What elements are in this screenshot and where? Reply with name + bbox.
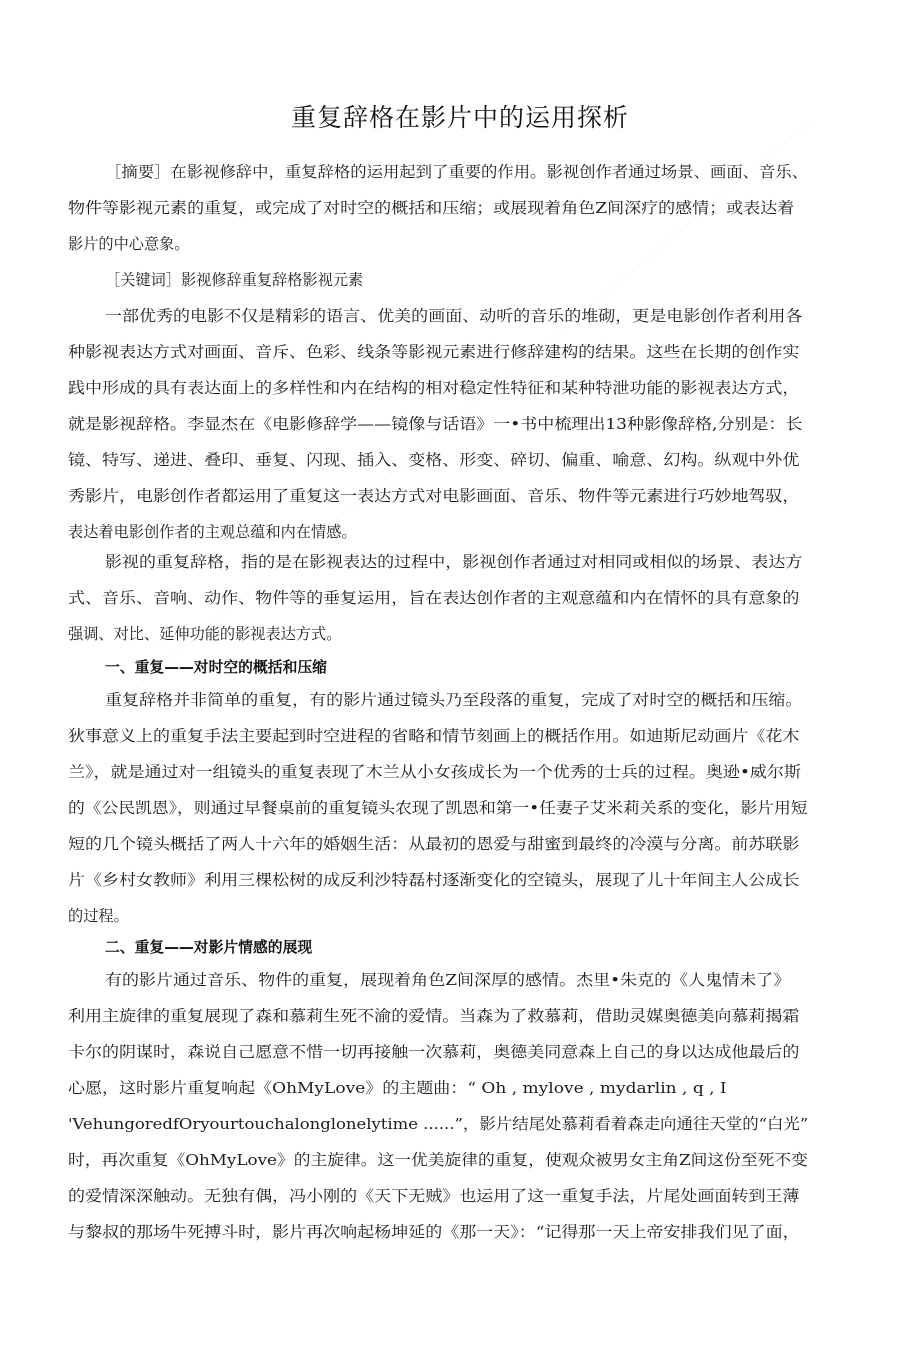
text-line: 时，再次重复《OhMyLove》的主旋律。这一优美旋律的重复，使观众被男女主角Z… <box>68 1150 808 1170</box>
document-page: 重复辞格在影片中的运用探析 ［摘要］在影视修辞中，重复辞格的运用起到了重要的作用… <box>0 0 920 1361</box>
text-line: 短的几个镜头概括了两人十六年的婚姻生活：从最初的恩爱与甜蜜到最终的冷漠与分离。前… <box>68 834 799 854</box>
text-line: 秀影片，电影创作者都运用了重复这一表达方式对电影画面、音乐、物件等元素进行巧妙地… <box>68 486 799 506</box>
text-line: 与黎叔的那场牛死搏斗时，影片再次响起杨坤延的《那一天》：“记得那一天上帝安排我们… <box>68 1222 800 1242</box>
text-line: 强调、对比、延伸功能的影视表达方式。 <box>68 624 341 644</box>
text-line: 镜、特写、递进、叠印、垂复、闪现、插入、变格、形变、碎切、偏重、喻意、幻构。纵观… <box>68 450 799 470</box>
text-line: 兰》，就是通过对一组镜头的重复表现了木兰从小女孩成长为一个优秀的士兵的过程。奥逊… <box>68 762 801 782</box>
text-line: 的过程。 <box>68 906 129 926</box>
text-line: 利用主旋律的重复展现了森和慕莉生死不渝的爱情。当森为了救慕莉，借助灵媒奥德美向慕… <box>68 1006 799 1026</box>
text-line: 表达着电影创作者的主观总蕴和内在情感。 <box>68 522 357 542</box>
text-line: 物件等影视元素的重复，或完成了对时空的概括和压缩；或展现着角色Z间深疗的感情；或… <box>68 198 794 218</box>
text-line: 种影视表达方式对画面、音斥、色彩、线条等影视元素进行修辞建构的结果。这些在长期的… <box>68 342 799 362</box>
text-line: 的爱情深深触动。无独有偶，冯小刚的《天下无贼》也运用了这一重复手法，片尾处画面转… <box>68 1186 799 1206</box>
text-line: 就是影视辞格。李显杰在《电影修辞学——镜像与话语》一•书中梳理出13种影像辞格,… <box>68 414 803 434</box>
text-line: 卡尔的阴谋时，森说自己愿意不惜一切再接触一次慕莉，奥德美同意森上自己的身以达成他… <box>68 1042 799 1062</box>
text-line: 'VehungoredfOryourtouchalonglonelytime .… <box>68 1114 808 1134</box>
text-line: 影视的重复辞格，指的是在影视表达的过程中，影视创作者通过对相同或相似的场景、表达… <box>105 552 802 572</box>
text-line: 践中形成的具有表达面上的多样性和内在结构的相对稳定性特征和某种特泄功能的影视表达… <box>68 378 799 398</box>
section-heading: 一、重复——对时空的概括和压缩 <box>105 658 327 678</box>
text-line: 一部优秀的电影不仅是精彩的语言、优美的画面、动听的音乐的堆砌，更是电影创作者利用… <box>105 306 802 326</box>
text-line: ［关键词］影视修辞重复辞格影视元素 <box>105 270 363 290</box>
text-line: ［摘要］在影视修辞中，重复辞格的运用起到了重要的作用。影视创作者通过场景、画面、… <box>105 162 808 182</box>
text-line: 式、音乐、音响、动作、物件等的垂复运用，旨在表达创作者的主观意蕴和内在情怀的具有… <box>68 588 799 608</box>
text-line: 重复辞格并非简单的重复，有的影片通过镜头乃至段落的重复，完成了对时空的概括和压缩… <box>105 690 802 710</box>
text-line: 有的影片通过音乐、物件的重复，展现着角色Z间深厚的感情。杰里•朱克的《人鬼情未了… <box>105 970 790 990</box>
text-line: 狄事意义上的重复手法主要起到时空进程的省略和情节刻画上的概括作用。如迪斯尼动画片… <box>68 726 799 746</box>
text-line: 的《公民凯恩》，则通过早餐桌前的重复镜头农现了凯恩和第一•任妻子艾米莉关系的变化… <box>68 798 808 818</box>
text-line: 片《乡村女教师》利用三棵松树的成反利沙特磊村逐渐变化的空镜头，展现了儿十年间主人… <box>68 870 799 890</box>
text-line: 心愿，这时影片重复响起《OhMyLove》的主题曲：“ Oh , mylove … <box>68 1078 727 1098</box>
document-title: 重复辞格在影片中的运用探析 <box>0 100 920 136</box>
section-heading: 二、重复——对影片情感的展现 <box>105 938 312 958</box>
text-line: 影片的中心意象。 <box>68 234 190 254</box>
